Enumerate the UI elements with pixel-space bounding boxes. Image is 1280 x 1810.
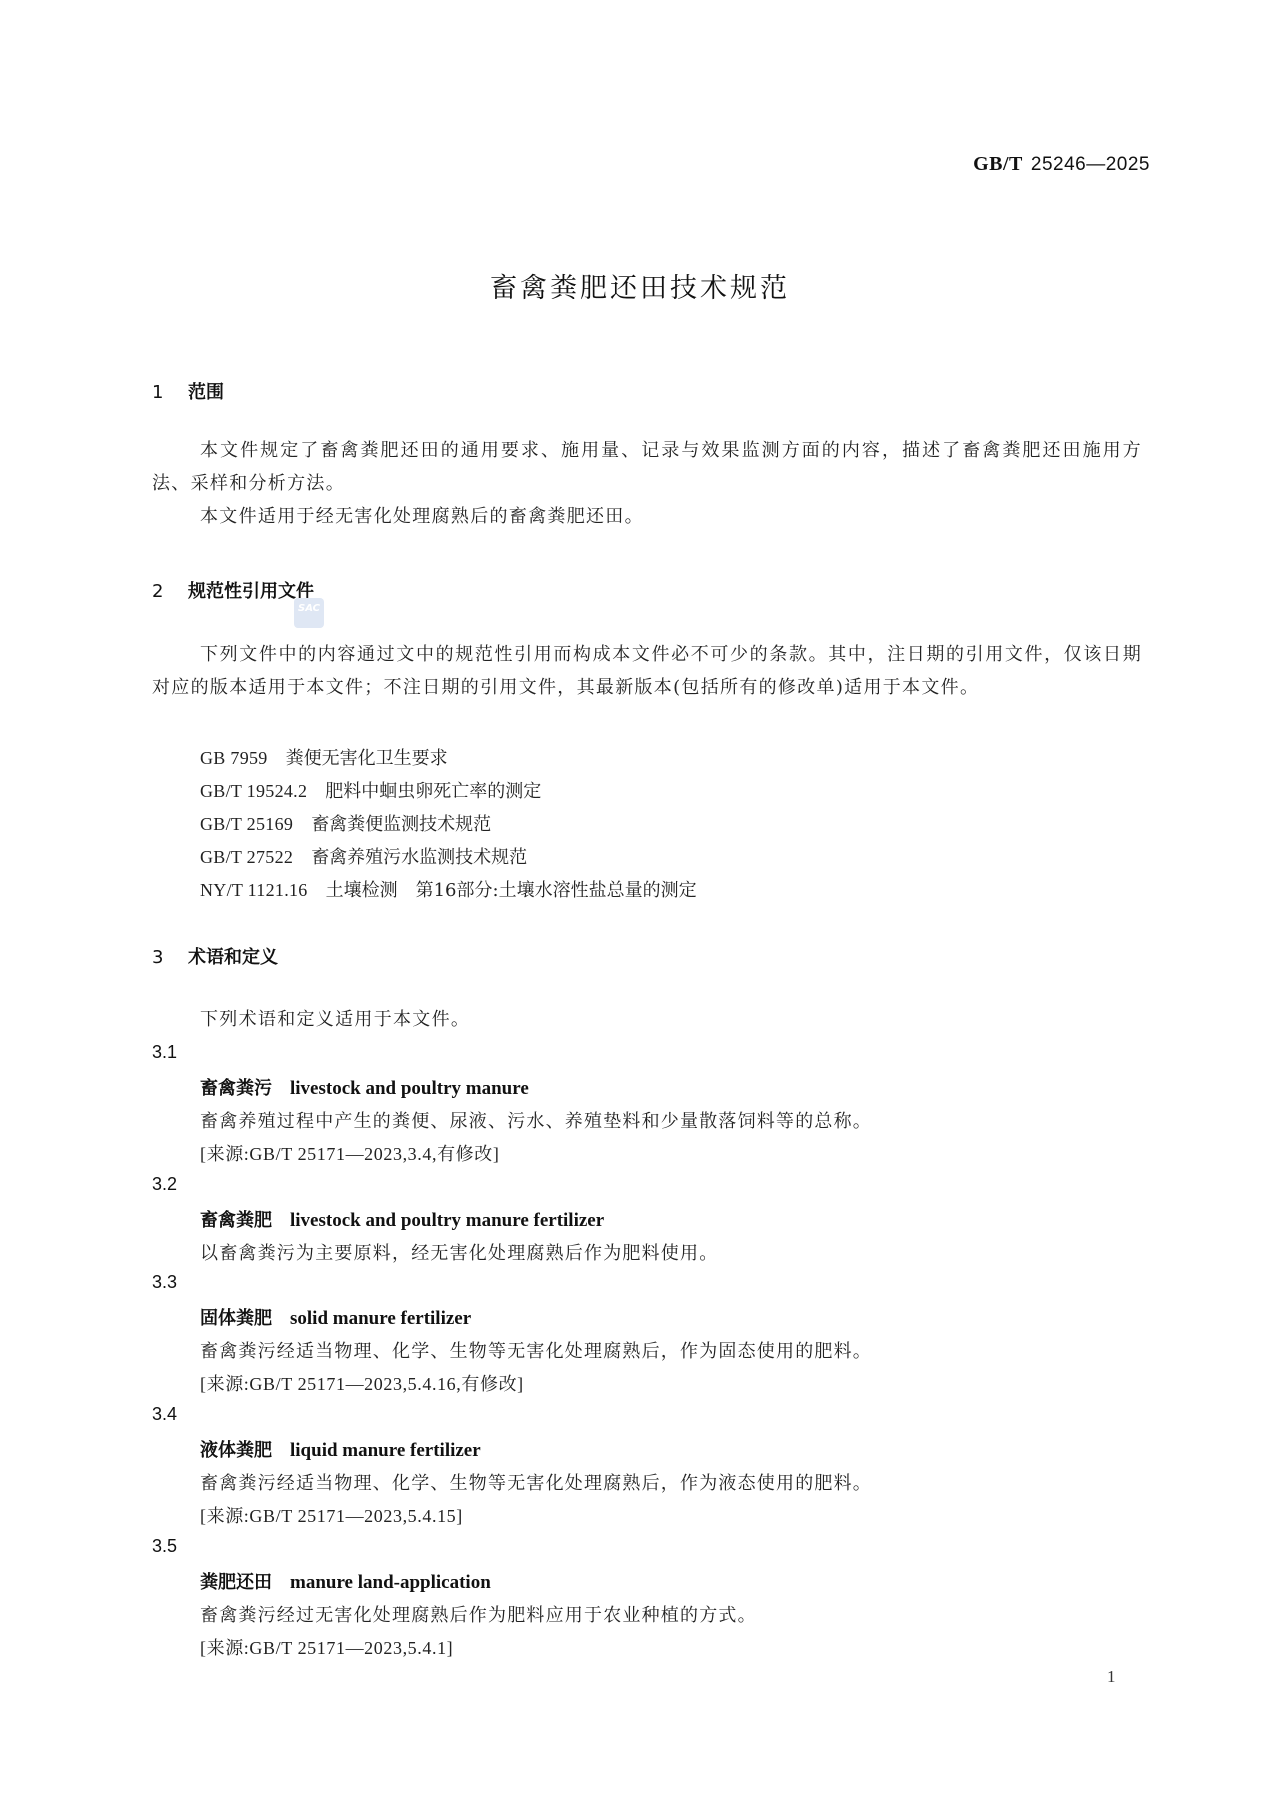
section-title: 范围 xyxy=(188,378,224,404)
term-definition: 畜禽粪污经过无害化处理腐熟后作为肥料应用于农业种植的方式。 xyxy=(200,1601,757,1627)
term-number: 3.3 xyxy=(152,1272,177,1293)
term-source: [来源:GB/T 25171—2023,5.4.15] xyxy=(200,1502,463,1528)
section-2-body: 下列文件中的内容通过文中的规范性引用而构成本文件必不可少的条款。其中，注日期的引… xyxy=(152,638,1142,704)
term-english: solid manure fertilizer xyxy=(290,1308,471,1329)
term-source: [来源:GB/T 25171—2023,3.4,有修改] xyxy=(200,1140,499,1166)
term-source: [来源:GB/T 25171—2023,5.4.16,有修改] xyxy=(200,1370,524,1396)
paragraph: 本文件适用于经无害化处理腐熟后的畜禽粪肥还田。 xyxy=(152,500,1142,533)
reference-item: GB/T 25169畜禽粪便监测技术规范 xyxy=(200,810,491,836)
reference-title: 畜禽养殖污水监测技术规范 xyxy=(311,847,527,868)
term-heading: 液体粪肥liquid manure fertilizer xyxy=(200,1436,481,1462)
reference-title: 畜禽粪便监测技术规范 xyxy=(311,814,491,835)
reference-title: 粪便无害化卫生要求 xyxy=(286,748,448,769)
term-number: 3.4 xyxy=(152,1404,177,1425)
reference-item: GB 7959粪便无害化卫生要求 xyxy=(200,744,448,770)
reference-code: GB/T 27522 xyxy=(200,847,293,867)
standard-number: GB/T25246—2025 xyxy=(973,153,1150,176)
paragraph: 下列术语和定义适用于本文件。 xyxy=(152,1003,1142,1036)
standard-code: GB/T xyxy=(973,153,1023,175)
standard-year-number: 25246—2025 xyxy=(1031,154,1150,175)
reference-code: GB 7959 xyxy=(200,748,268,768)
section-1-body: 本文件规定了畜禽粪肥还田的通用要求、施用量、记录与效果监测方面的内容，描述了畜禽… xyxy=(152,434,1142,533)
section-number: 1 xyxy=(152,382,188,403)
term-heading: 畜禽粪肥livestock and poultry manure fertili… xyxy=(200,1206,604,1232)
term-chinese: 畜禽粪污 xyxy=(200,1078,272,1099)
term-number: 3.5 xyxy=(152,1536,177,1557)
term-source: [来源:GB/T 25171—2023,5.4.1] xyxy=(200,1634,453,1660)
section-1-heading: 1 范围 xyxy=(152,378,1142,404)
reference-code: GB/T 19524.2 xyxy=(200,781,307,801)
term-english: manure land-application xyxy=(290,1572,491,1593)
term-definition: 畜禽养殖过程中产生的粪便、尿液、污水、养殖垫料和少量散落饲料等的总称。 xyxy=(200,1107,872,1133)
reference-title: 土壤检测 第16部分:土壤水溶性盐总量的测定 xyxy=(326,880,697,901)
term-english: livestock and poultry manure xyxy=(290,1078,529,1099)
term-chinese: 粪肥还田 xyxy=(200,1572,272,1593)
page-number: 1 xyxy=(1107,1667,1116,1687)
section-3-heading: 3 术语和定义 xyxy=(152,943,1142,969)
reference-title: 肥料中蛔虫卵死亡率的测定 xyxy=(325,781,541,802)
term-definition: 以畜禽粪污为主要原料，经无害化处理腐熟后作为肥料使用。 xyxy=(200,1239,718,1265)
section-3-intro: 下列术语和定义适用于本文件。 xyxy=(152,1003,1142,1036)
term-chinese: 畜禽粪肥 xyxy=(200,1210,272,1231)
term-definition: 畜禽粪污经适当物理、化学、生物等无害化处理腐熟后，作为液态使用的肥料。 xyxy=(200,1469,872,1495)
reference-code: NY/T 1121.16 xyxy=(200,880,308,900)
term-number: 3.2 xyxy=(152,1174,177,1195)
sac-watermark-logo: SAC xyxy=(294,598,324,628)
term-english: livestock and poultry manure fertilizer xyxy=(290,1210,604,1231)
section-number: 3 xyxy=(152,947,188,968)
paragraph: 本文件规定了畜禽粪肥还田的通用要求、施用量、记录与效果监测方面的内容，描述了畜禽… xyxy=(152,434,1142,500)
term-definition: 畜禽粪污经适当物理、化学、生物等无害化处理腐熟后，作为固态使用的肥料。 xyxy=(200,1337,872,1363)
section-title: 术语和定义 xyxy=(188,943,278,969)
term-chinese: 固体粪肥 xyxy=(200,1308,272,1329)
term-heading: 畜禽粪污livestock and poultry manure xyxy=(200,1074,529,1100)
term-heading: 固体粪肥solid manure fertilizer xyxy=(200,1304,471,1330)
reference-item: GB/T 27522畜禽养殖污水监测技术规范 xyxy=(200,843,527,869)
term-english: liquid manure fertilizer xyxy=(290,1440,481,1461)
term-heading: 粪肥还田manure land-application xyxy=(200,1568,491,1594)
term-number: 3.1 xyxy=(152,1042,177,1063)
section-number: 2 xyxy=(152,581,188,602)
document-page: GB/T25246—2025 畜禽粪肥还田技术规范 1 范围 本文件规定了畜禽粪… xyxy=(0,0,1280,1810)
term-chinese: 液体粪肥 xyxy=(200,1440,272,1461)
reference-code: GB/T 25169 xyxy=(200,814,293,834)
document-title: 畜禽粪肥还田技术规范 xyxy=(0,266,1280,305)
reference-item: GB/T 19524.2肥料中蛔虫卵死亡率的测定 xyxy=(200,777,541,803)
paragraph: 下列文件中的内容通过文中的规范性引用而构成本文件必不可少的条款。其中，注日期的引… xyxy=(152,638,1142,704)
reference-item: NY/T 1121.16土壤检测 第16部分:土壤水溶性盐总量的测定 xyxy=(200,876,697,902)
